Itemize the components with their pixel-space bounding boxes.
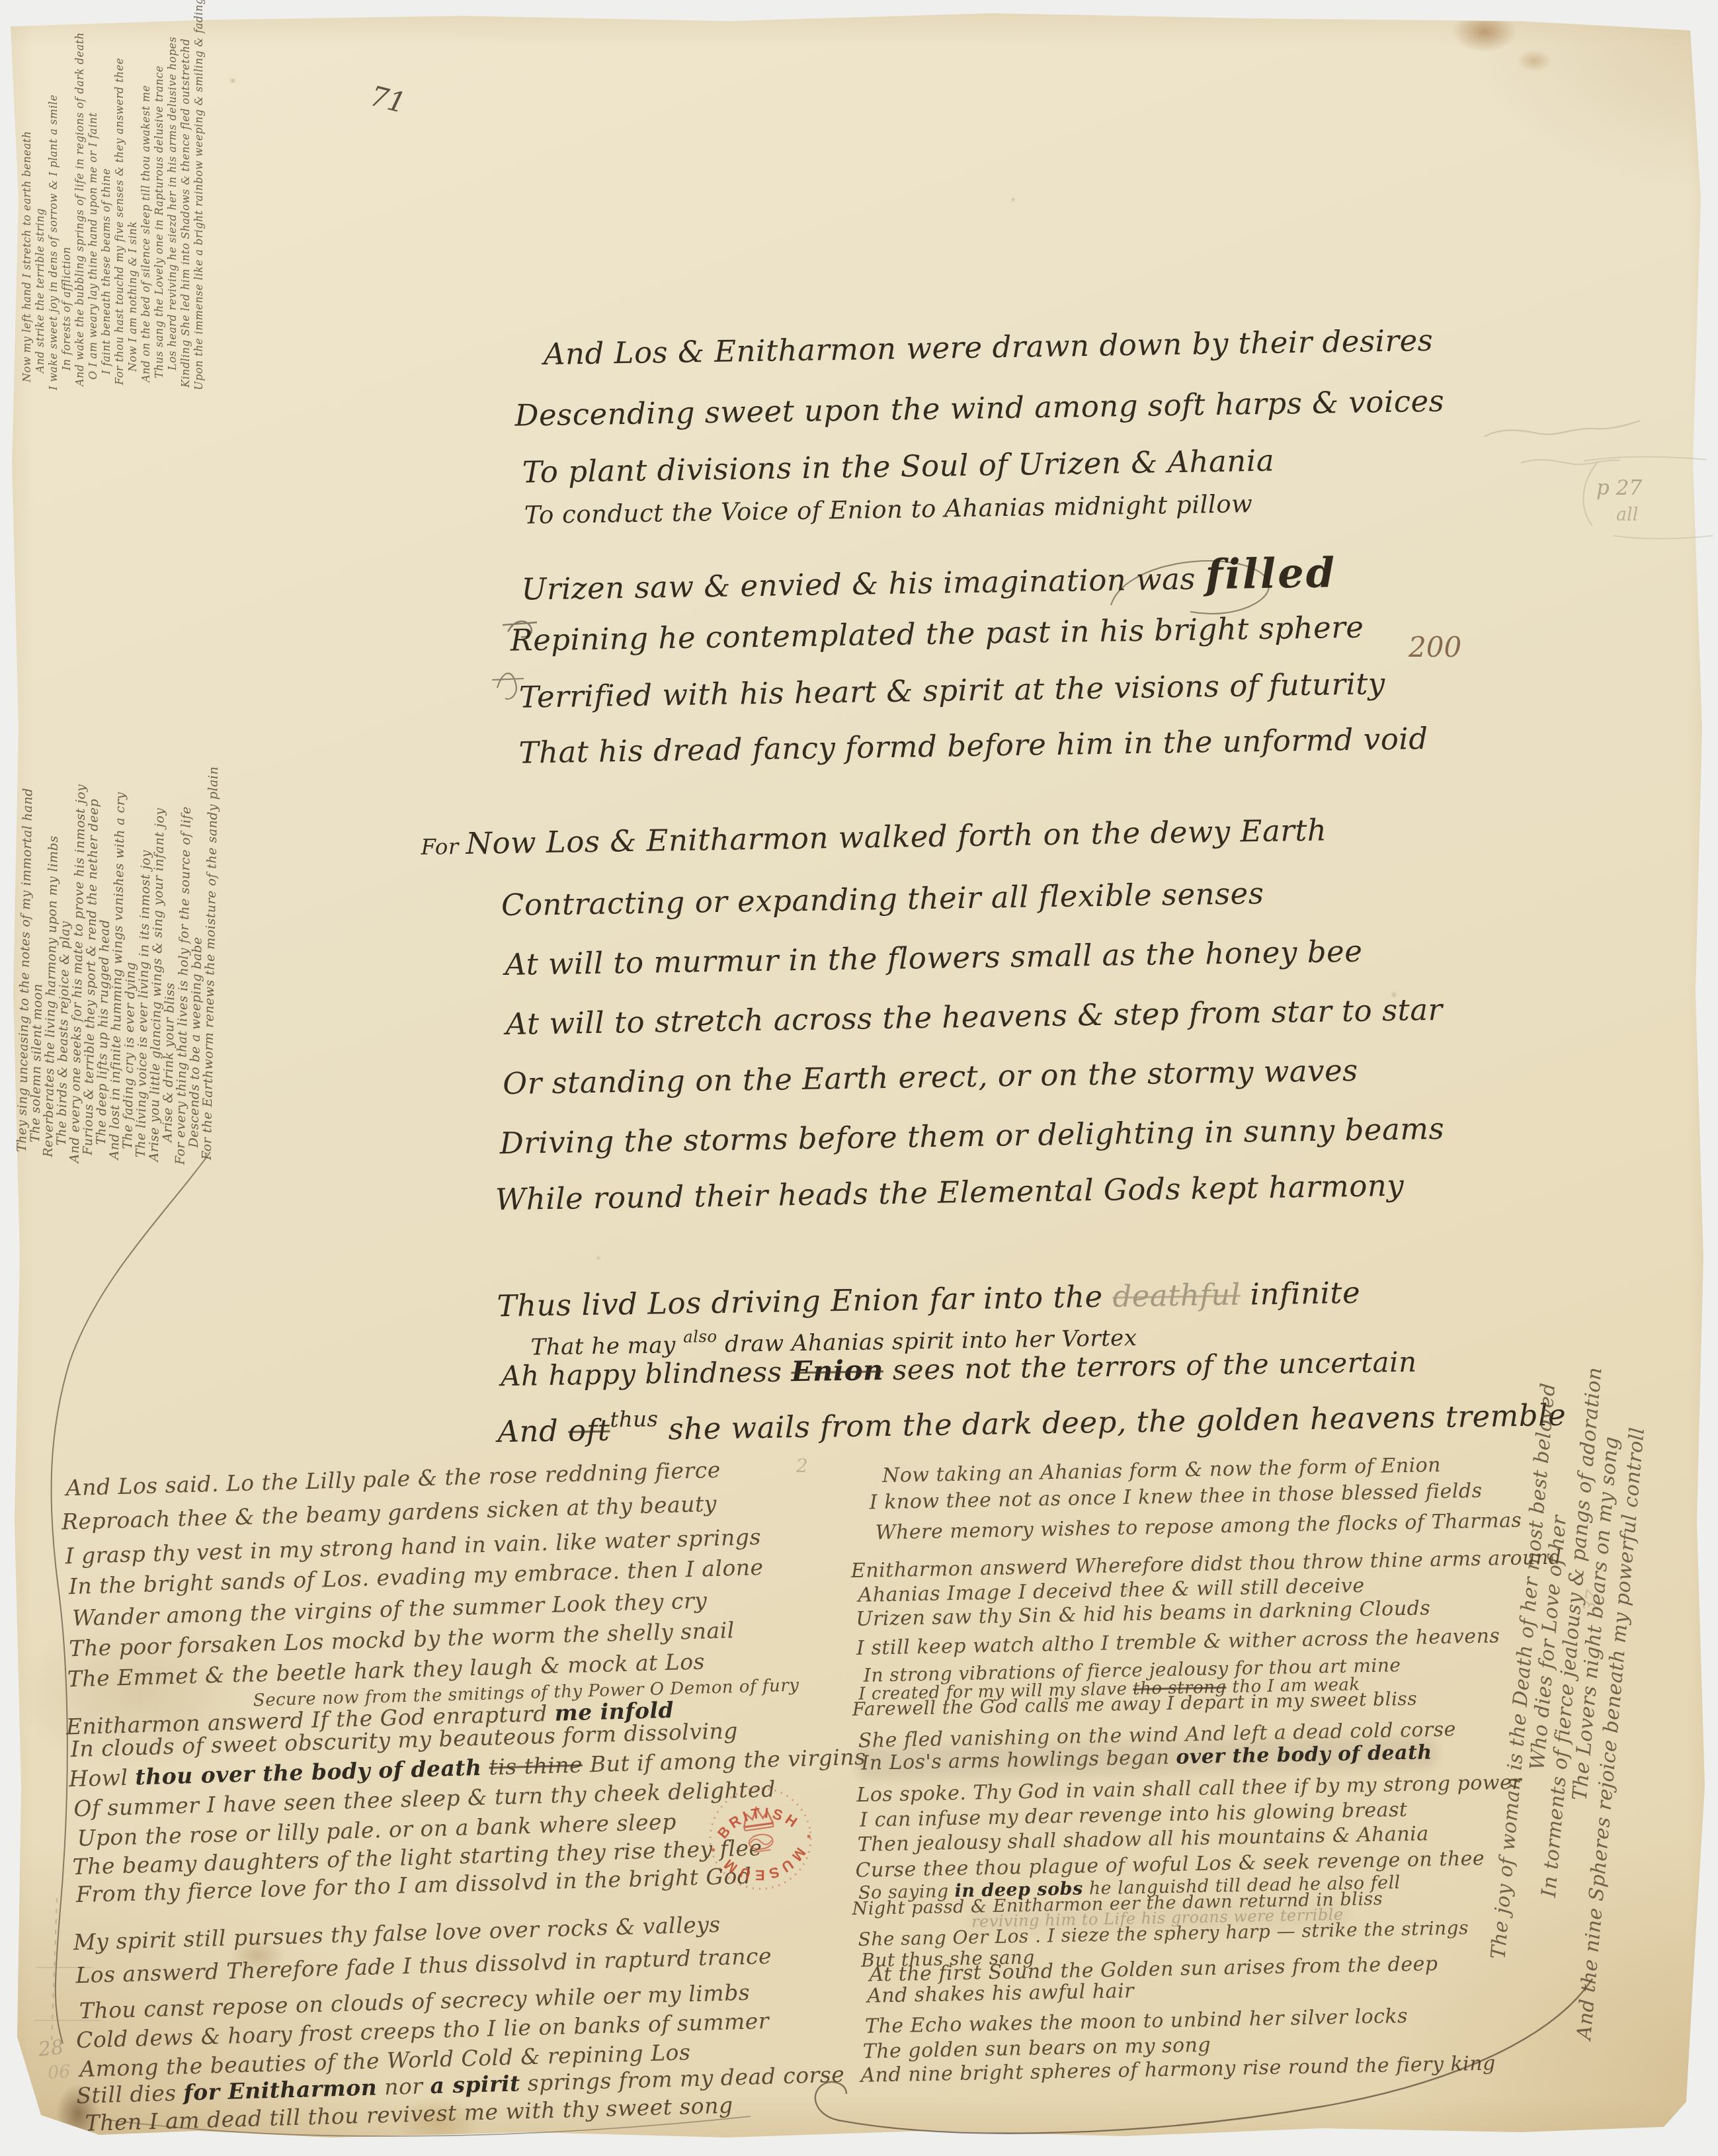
manuscript-text-segment: Or standing on the Earth erect, or on th… [503,1053,1358,1101]
manuscript-line: Terrified with his heart & spirit at the… [519,667,1385,714]
manuscript-line: While round their heads the Elemental Go… [495,1169,1405,1216]
manuscript-line: Contracting or expanding their all flexi… [501,877,1264,922]
manuscript-text-segment: And [497,1413,568,1450]
manuscript-text-segment: Thus livd Los driving Enion far into the [497,1279,1113,1324]
manuscript-text-segment: That his dread fancy formd before him in… [518,721,1428,770]
manuscript-line: Urizen saw & envied & his imagination wa… [521,550,1337,608]
manuscript-text-segment: Los spoke. Thy God in vain shall call th… [856,1771,1522,1807]
manuscript-text-segment: tis thine [489,1752,583,1780]
manuscript-text-segment: In forests of affliction [60,247,73,370]
manuscript-line: For Now Los & Enitharmon walked forth on… [421,814,1327,861]
manuscript-text-segment: deathful [1112,1277,1241,1314]
manuscript-text-segment: Descending sweet upon the wind among sof… [514,384,1445,433]
manuscript-line: And wake the bubbling springs of life in… [74,32,86,386]
manuscript-text-segment: And wake the bubbling springs of life in… [73,32,86,386]
manuscript-text-segment: Where memory wishes to repose among the … [875,1509,1522,1545]
manuscript-line: I still keep watch altho I tremble & wit… [856,1625,1500,1659]
manuscript-line: In forests of affliction [61,247,73,370]
pencil-corner-number-28: 28 [37,2036,65,2061]
manuscript-text-segment: I still keep watch altho I tremble & wit… [856,1624,1500,1660]
manuscript-line: Thus sang the Lovely one in Rapturous de… [153,65,165,378]
manuscript-line: I faint beneath these beams of thine [101,168,112,374]
manuscript-line: For thou hast touchd my five senses & th… [114,58,126,385]
ink-number-200: 200 [1409,631,1461,663]
manuscript-line: That his dread fancy formd before him in… [518,722,1428,769]
manuscript-line: To plant divisions in the Soul of Urizen… [522,444,1274,489]
manuscript-text-segment: While round their heads the Elemental Go… [495,1168,1405,1218]
manuscript-text-segment: Enion [791,1354,883,1388]
manuscript-text-segment: To conduct the Voice of Enion to Ahanias… [524,489,1252,529]
manuscript-line: Upon the immense like a bright rainbow w… [193,0,205,390]
manuscript-line: Or standing on the Earth erect, or on th… [503,1054,1358,1100]
manuscript-line: To conduct the Voice of Enion to Ahanias… [524,491,1252,529]
manuscript-line: Thus livd Los driving Enion far into the… [497,1276,1360,1323]
manuscript-line: And strike the terrible string [34,208,46,373]
manuscript-text-segment: Now Los & Enitharmon walked forth on the… [466,813,1327,861]
manuscript-line: And Los & Enitharmon were drawn down by … [544,324,1434,371]
manuscript-text-segment: Still dies [76,2080,184,2109]
manuscript-text-segment: I faint beneath these beams of thine [100,168,112,374]
manuscript-line: At will to stretch across the heavens & … [505,993,1442,1041]
manuscript-text-segment: Terrified with his heart & spirit at the… [519,666,1386,715]
manuscript-text-segment: Now my left hand I stretch to earth bene… [20,131,33,382]
manuscript-text-segment: And on the bed of silence sleep till tho… [140,85,152,382]
pencil-corner-number-06: 06 [47,2061,71,2083]
manuscript-line: And shakes his awful hair [867,1980,1134,2007]
manuscript-text-segment: And strike the terrible string [34,208,46,373]
manuscript-text-segment: thus [610,1407,659,1432]
manuscript-text-segment: thou over the body of death [135,1755,482,1790]
manuscript-text-segment: nor [377,2073,430,2100]
manuscript-line: I wake sweet joy in dens of sorrow & I p… [48,95,60,390]
manuscript-line: At will to murmur in the flowers small a… [505,935,1363,981]
manuscript-text-segment: Thus sang the Lovely one in Rapturous de… [153,65,165,378]
manuscript-text-segment: over the body of death [1176,1741,1432,1768]
manuscript-text-segment: Kindling She led him into Shadows & then… [179,38,192,388]
manuscript-text-segment: At will to murmur in the flowers small a… [505,934,1363,982]
manuscript-text-segment: For the Earthworm renews the moisture of… [200,767,221,1160]
main-poem-block: And Los & Enitharmon were drawn down by … [421,308,1602,1490]
manuscript-text-segment: For [421,834,466,860]
manuscript-text-segment: oft [568,1413,610,1448]
manuscript-text-segment: she wails from the dark deep, the golden… [658,1397,1566,1447]
manuscript-text-segment: Driving the storms before them or deligh… [499,1111,1444,1161]
left-margin-vertical-text-middle: They sing unceasing to the notes of my i… [15,792,224,1165]
manuscript-text-segment: Ah happy blindness [501,1355,792,1392]
manuscript-text-segment: But if among the virgins [582,1744,866,1778]
manuscript-line: Descending sweet upon the wind among sof… [514,385,1445,433]
manuscript-text-segment: To plant divisions in the Soul of Urizen… [522,443,1274,490]
manuscript-line: Los heard reviving he siezd her in his a… [167,36,179,370]
manuscript-line: Kindling She led him into Shadows & then… [180,38,192,388]
manuscript-text-segment: for Enitharmon [183,2075,378,2106]
manuscript-text-segment: And Los & Enitharmon were drawn down by … [544,323,1434,372]
manuscript-text-segment: infinite [1240,1275,1360,1312]
manuscript-text-segment: For thou hast touchd my five senses & th… [113,58,126,385]
pencil-note-p27-sub: all [1616,505,1638,525]
manuscript-line: And on the bed of silence sleep till tho… [140,85,152,382]
manuscript-line: She sang Oer Los . I sieze the sphery ha… [858,1918,1469,1950]
manuscript-text-segment: At will to stretch across the heavens & … [505,992,1442,1042]
manuscript-text-segment: a spirit [430,2070,520,2098]
manuscript-line: The Echo wakes the moon to unbind her si… [865,2005,1409,2038]
manuscript-text-segment: Repining he contemplated the past in his… [510,610,1364,658]
manuscript-line: Driving the storms before them or deligh… [499,1112,1444,1160]
manuscript-text-segment: also [683,1328,717,1347]
manuscript-text-segment: Howl [69,1764,136,1792]
manuscript-line: Repining he contemplated the past in his… [510,611,1364,657]
manuscript-line: Los spoke. Thy God in vain shall call th… [856,1772,1522,1806]
manuscript-line: Now my left hand I stretch to earth bene… [21,131,33,382]
manuscript-text-segment: Contracting or expanding their all flexi… [501,876,1264,923]
manuscript-text-segment: Upon the immense like a bright rainbow w… [192,0,205,390]
manuscript-text-segment: I wake sweet joy in dens of sorrow & I p… [47,95,60,390]
manuscript-line: O I am weary lay thine hand upon me or I… [87,112,99,380]
manuscript-text-segment: Now I am nothing & I sink [126,221,139,372]
left-text-column: And Los said. Lo the Lilly pale & the ro… [54,1444,905,2148]
manuscript-text-segment: And shakes his awful hair [867,1979,1134,2008]
manuscript-text-segment: O I am weary lay thine hand upon me or I… [87,112,99,380]
manuscript-text-segment: The Echo wakes the moon to unbind her si… [865,2005,1409,2038]
pencil-margin-number-2: 2 [796,1455,808,1477]
left-margin-vertical-text-top: Now my left hand I stretch to earth bene… [21,86,213,390]
manuscript-text-segment: filled [1205,548,1337,599]
manuscript-text-segment: Los heard reviving he siezd her in his a… [166,36,179,370]
pencil-note-p27: p 27 [1596,476,1642,500]
manuscript-text-segment: That he may [530,1332,683,1361]
manuscript-line: And oft thus she wails from the dark dee… [497,1399,1566,1448]
manuscript-text-segment: Urizen saw & envied & his imagination wa… [521,561,1206,606]
manuscript-line: Where memory wishes to repose among the … [875,1510,1522,1544]
manuscript-line: Now I am nothing & I sink [127,221,139,372]
